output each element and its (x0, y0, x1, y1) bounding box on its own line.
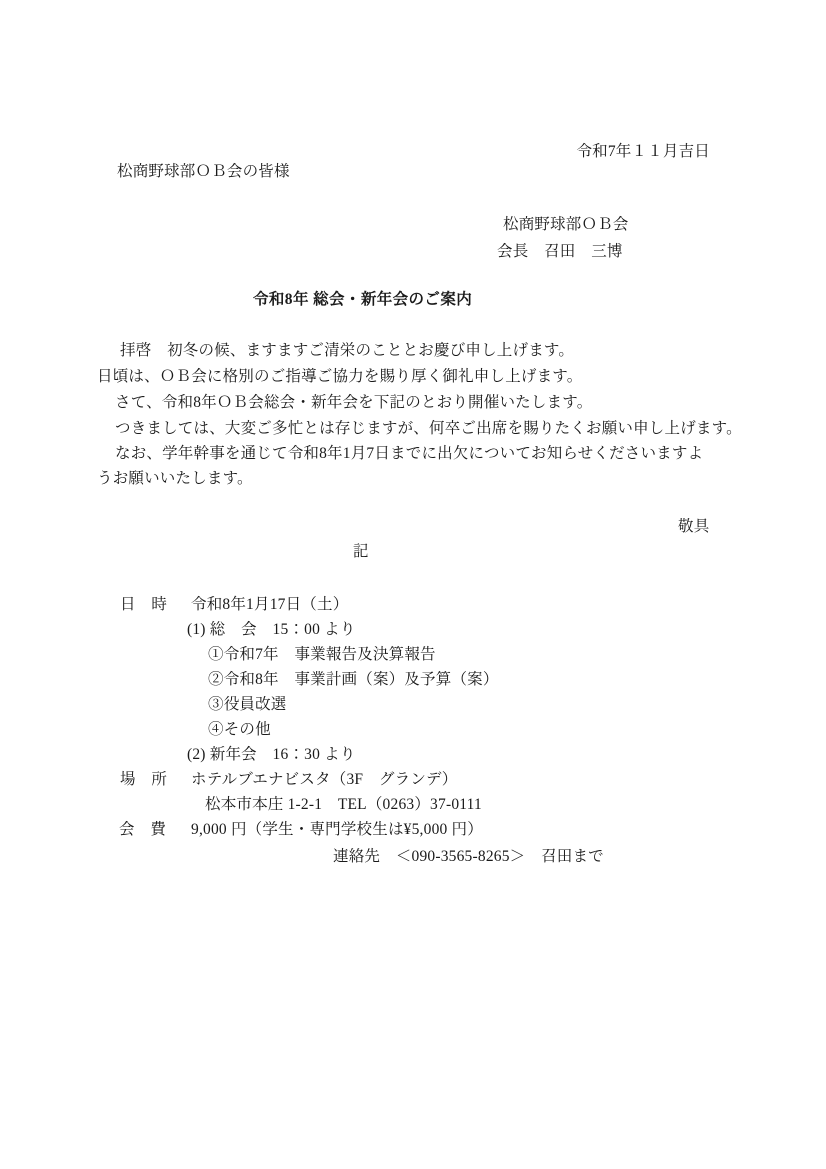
closing-keigu: 敬具 (678, 519, 709, 535)
fee-label: 会 費 (119, 822, 166, 838)
agenda-item-2: ②令和8年 事業計画（案）及予算（案） (208, 672, 499, 688)
agenda-item-1: ①令和7年 事業報告及決算報告 (208, 647, 436, 663)
agenda-item-3: ③役員改選 (208, 697, 287, 713)
body-line-4: つきましては、大変ご多忙とは存じますが、何卒ご出席を賜りたくお願い申し上げます。 (115, 421, 742, 437)
place-value: ホテルブエナビスタ（3F グランデ） (191, 772, 457, 788)
sender-org-line: 松商野球部ＯＢ会 (503, 217, 629, 233)
record-marker: 記 (353, 544, 369, 560)
body-line-3: さて、令和8年ＯＢ会総会・新年会を下記のとおり開催いたします。 (115, 395, 592, 411)
agenda-item-4: ④その他 (208, 722, 271, 738)
body-line-5: なお、学年幹事を通じて令和8年1月7日までに出欠についてお知らせくださいますよ (115, 446, 703, 462)
fee-value: 9,000 円（学生・専門学校生は¥5,000 円） (191, 822, 483, 838)
date-line: 令和7年１１月吉日 (576, 144, 710, 160)
datetime-label: 日 時 (120, 597, 167, 613)
datetime-value: 令和8年1月17日（土） (191, 597, 348, 613)
place-label: 場 所 (120, 772, 167, 788)
contact-line: 連絡先 ＜090-3565-8265＞ 召田まで (333, 849, 604, 865)
meeting-item-1: (1) 総 会 15：00 より (187, 622, 356, 638)
document-title: 令和8年 総会・新年会のご案内 (253, 292, 472, 308)
body-line-1: 拝啓 初冬の候、ますますご清栄のこととお慶び申し上げます。 (120, 343, 574, 359)
recipient-line: 松商野球部ＯＢ会の皆様 (117, 164, 290, 180)
body-line-2: 日頃は、ＯＢ会に格別のご指導ご協力を賜り厚く御礼申し上げます。 (97, 369, 582, 385)
letter-page: 令和7年１１月吉日 松商野球部ＯＢ会の皆様 松商野球部ＯＢ会 会長 召田 三博 … (0, 0, 826, 1169)
place-address: 松本市本庄 1-2-1 TEL（0263）37-0111 (205, 797, 482, 813)
meeting-item-2: (2) 新年会 16：30 より (187, 747, 356, 763)
sender-name-line: 会長 召田 三博 (497, 244, 623, 260)
body-line-6: うお願いいたします。 (97, 471, 253, 487)
